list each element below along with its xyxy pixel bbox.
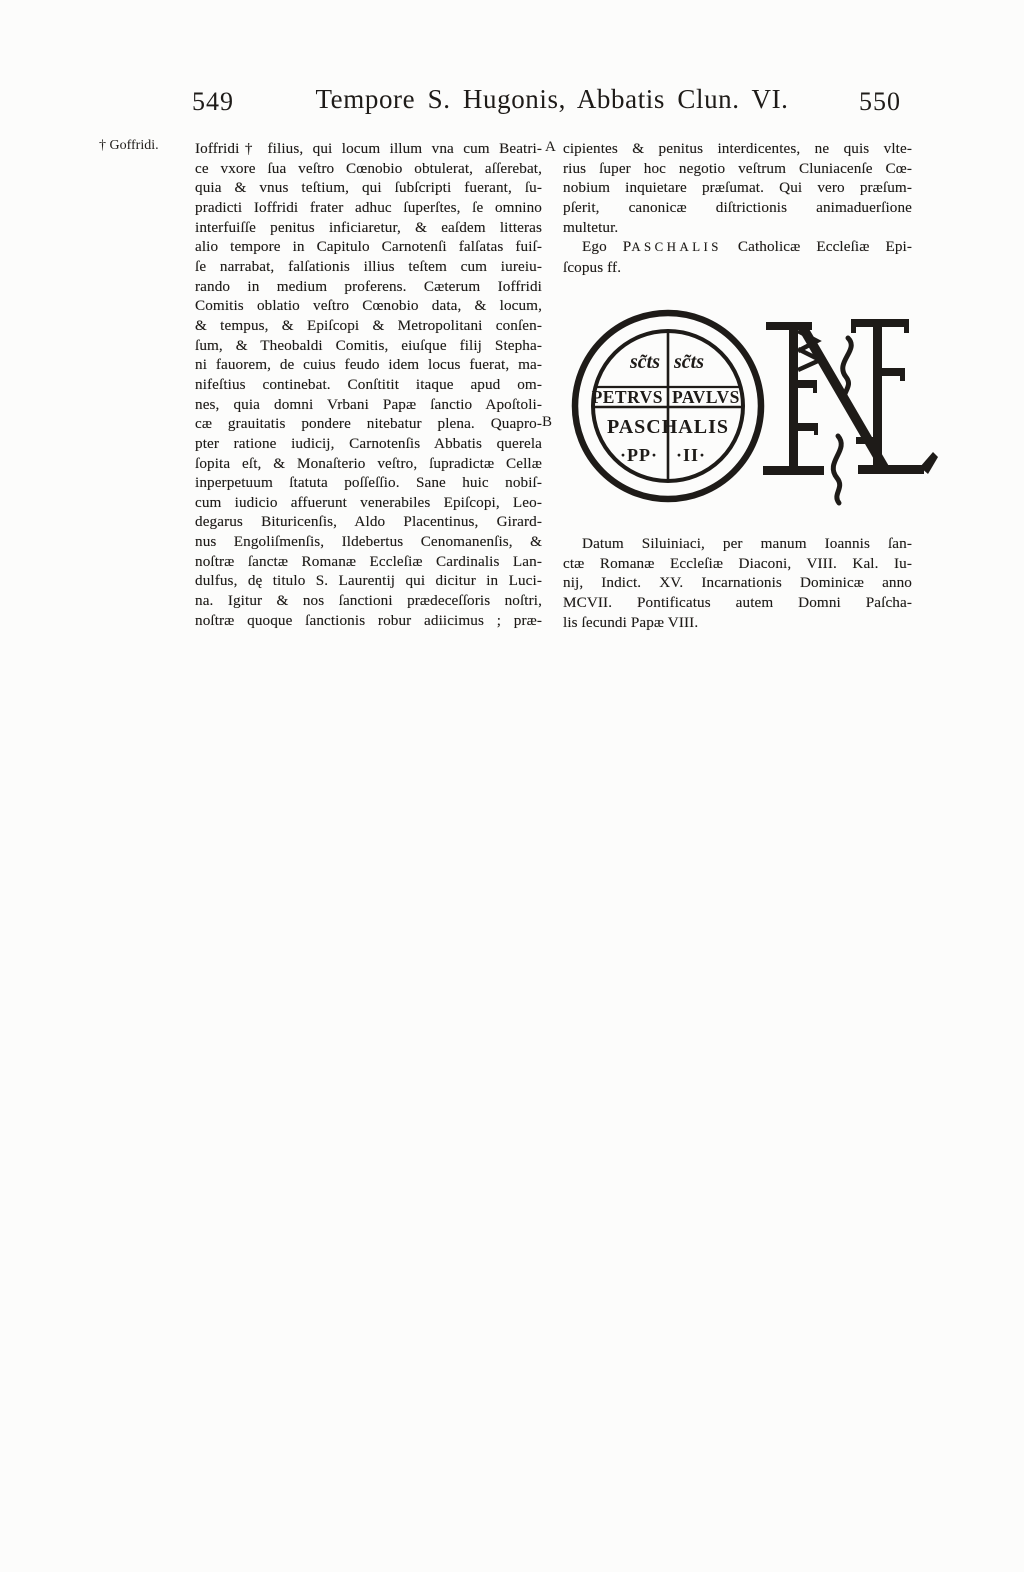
text-line: Datum Siluiniaci, per manum Ioannis ſan- (563, 534, 912, 554)
text-line: cæ grauitatis pondere nitebatur plena. Q… (195, 414, 542, 434)
text-line: nobium inquietare præſumat. Qui vero præ… (563, 178, 912, 198)
seal-scts-left: sc̃ts (629, 351, 660, 373)
text-line: & tempus, & Epiſcopi & Metropolitani con… (195, 316, 542, 336)
text-line: dulfus, dę titulo S. Laurentij qui dicit… (195, 571, 542, 591)
text-line: ctæ Romanæ Eccleſiæ Diaconi, VIII. Kal. … (563, 554, 912, 574)
text-line: nifeſtius continebat. Conſtitit itaque a… (195, 375, 542, 395)
seal-pp: ·PP· (620, 445, 658, 465)
text-line: noſtræ ſanctæ Romanæ Eccleſiæ Cardinalis… (195, 552, 542, 572)
seal-paschalis: PASCHALIS (607, 416, 729, 438)
text-line: alio tempore in Capitulo Carnotenſi falſ… (195, 237, 542, 257)
text-line: quia & vnus teſtium, qui ſubſcripti fuer… (195, 178, 542, 198)
text-line: ſum, & Theobaldi Comitis, eiuſque filij … (195, 336, 542, 356)
text-line: ſcopus ff. (563, 258, 912, 278)
text-line: inperpetuum ſtatuta poſſeſſio. Sane huic… (195, 473, 542, 493)
text-line: nij, Indict. XV. Incarnationis Dominicæ … (563, 573, 912, 593)
text-line-ego: Ego PASCHALIS Catholicæ Eccleſiæ Epi- (563, 237, 912, 258)
text-line: cum iudicio affuerunt venerabiles Epiſco… (195, 493, 542, 513)
ego-prefix: Ego P (582, 238, 631, 255)
margin-note: † Goffridi. (99, 138, 159, 154)
text-line: ce vxore ſua veſtro Cœnobio obtulerat, a… (195, 159, 542, 179)
section-marker-b: B (542, 414, 552, 431)
bene-valete-monogram (763, 319, 938, 503)
text-line: rando in medium proferens. Cæterum Ioffr… (195, 277, 542, 297)
seal-paulus: PAVLVS (672, 387, 740, 407)
text-line: nus Engoliſmenſis, Ildebertus Cenomanenſ… (195, 532, 542, 552)
text-line: cipientes & penitus interdicentes, ne qu… (563, 139, 912, 159)
text-line: noſtræ quoque ſanctionis robur adiicimus… (195, 611, 542, 631)
right-text-column: cipientes & penitus interdicentes, ne qu… (563, 139, 912, 278)
text-line: pradicti Ioffridi frater adhuc ſuperſtes… (195, 198, 542, 218)
text-line: ſopita eſt, & Monaſterio veſtro, ſupradi… (195, 454, 542, 474)
text-line: multetur. (563, 218, 912, 238)
text-line: degarus Bituricenſis, Aldo Placentinus, … (195, 512, 542, 532)
text-line: interfuiſſe penitus inficiaretur, & eaſd… (195, 218, 542, 238)
text-line: pter ratione iudicij, Carnotenſis Abbati… (195, 434, 542, 454)
text-line: MCVII. Pontificatus autem Domni Paſcha- (563, 593, 912, 613)
left-text-column: Ioffridi† filius, qui locum illum vna cu… (195, 139, 542, 630)
text-line: pſerit, canonicæ diſtrictionis animaduer… (563, 198, 912, 218)
seal-petrus: PETRVS (592, 387, 663, 407)
seal-ii: ·II· (676, 445, 706, 465)
datum-paragraph: Datum Siluiniaci, per manum Ioannis ſan-… (563, 534, 912, 632)
text-line: na. Igitur & nos ſanctioni prædeceſſoris… (195, 591, 542, 611)
page-number-right: 550 (859, 87, 901, 117)
section-marker-a: A (545, 139, 556, 156)
text-line: ſe narrabat, falſationis illius teſtem c… (195, 257, 542, 277)
seal-scts-right: sc̃ts (673, 351, 704, 373)
text-line: nes, quia domni Vrbani Papæ ſanctio Apoſ… (195, 395, 542, 415)
text-line: lis ſecundi Papæ VIII. (563, 613, 912, 633)
text-line: Comitis oblatio veſtro Cœnobio data, & l… (195, 296, 542, 316)
text-line: Ioffridi† filius, qui locum illum vna cu… (195, 139, 542, 159)
pope-name-spaced: ASCHALIS (631, 240, 722, 254)
text-line: rius ſuper hoc negotio veſtrum Cluniacen… (563, 159, 912, 179)
papal-rota-seal: sc̃ts sc̃ts PETRVS PAVLVS PASCHALIS ·PP·… (552, 290, 952, 530)
text-line: ni fauorem, de cuius feudo idem locus fu… (195, 355, 542, 375)
ego-suffix: Catholicæ Eccleſiæ Epi- (738, 238, 912, 255)
